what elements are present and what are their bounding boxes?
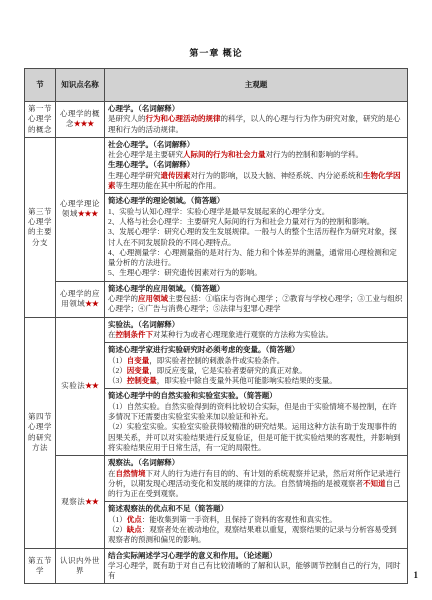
text-segment: ：能收集到第一手资料，且保持了资料的客观性和真实性。 <box>142 515 337 524</box>
header-question-col: 主观题 <box>105 69 408 102</box>
text-line: 学习心理学，既有助于对自己有比较清晰的了解和认识，能够调节控制自己的行为，同时有 <box>108 561 404 582</box>
text-segment: 结合实际阐述学习心理学的意义和作用。（论述题） <box>108 551 277 560</box>
text-segment: ，即反应变量，它是实验者要研究的真正对象。 <box>149 366 307 375</box>
text-line: 简述心理学家进行实验研究时必须考虑的变量。（简答题） <box>108 345 404 355</box>
text-line: （1）优点：能收集到第一手资料，且保持了资料的客观性和真实性。 <box>108 515 404 525</box>
highlighted-text: 自变量 <box>127 356 150 365</box>
highlighted-text: 缺点 <box>127 525 142 534</box>
highlighted-text: 行为和心理活动的规律 <box>146 114 221 123</box>
text-segment: （1） <box>108 515 127 524</box>
knowledge-point-cell: 心理学的应用领域★★ <box>56 281 105 317</box>
importance-stars: ★★★ <box>78 209 98 218</box>
text-line: 生理心理学研究遗传因素对行为的影响，以及大脑、神经系统、内分泌系统和生物化学因素… <box>108 171 404 192</box>
highlighted-text: 控制变量 <box>127 376 157 385</box>
page-number: 1 <box>414 570 419 580</box>
text-segment: 简述观察法的优点和不足（简答题） <box>108 504 228 513</box>
text-line: 4、心理测量学：心理测量指的是对行为、能力和个体差异的测量，通常用心理检测和定量… <box>108 248 404 269</box>
text-segment: 简述心理学中的自然实验和实验室实验。（简答题） <box>108 391 277 400</box>
content-cell: 简述观察法的优点和不足（简答题）（1）优点：能收集到第一手资料，且保持了资料的客… <box>105 502 408 548</box>
importance-stars: ★★ <box>85 299 98 308</box>
text-line: 结合实际阐述学习心理学的意义和作用。（论述题） <box>108 551 404 561</box>
table-row: 第五节学 认识内外世界 结合实际阐述学习心理学的意义和作用。（论述题）学习心理学… <box>25 548 408 584</box>
importance-stars: ★★★ <box>74 119 94 128</box>
knowledge-point-name: 认识内外世界 <box>60 556 100 575</box>
text-segment: 生理心理学研究 <box>108 171 161 180</box>
text-segment: （2） <box>108 525 127 534</box>
header-knowledge-col: 知识点名称 <box>56 69 105 102</box>
text-line: 5、生理心理学：研究遗传因素对行为的影响。 <box>108 268 404 278</box>
text-line: （1）自然实验。自然实验得到的资料比较切合实际，但是由于实验情境不易控制，在许多… <box>108 402 404 423</box>
text-segment: 5、生理心理学：研究遗传因素对行为的影响。 <box>108 268 262 277</box>
highlighted-text: 因变量 <box>127 366 150 375</box>
chapter-title: 第一章 概论 <box>0 46 432 59</box>
knowledge-point-cell: 心理学理论领域★★★ <box>56 137 105 281</box>
text-segment: 1、实验与认知心理学：实验心理学是最早发展起来的心理学分支。 <box>108 207 329 216</box>
text-line: 社会心理学是主要研究人际间的行为和社会力量对行为的控制和影响的学科。 <box>108 150 404 160</box>
text-segment: （3） <box>108 376 127 385</box>
text-segment: 实验法。（名词解释） <box>108 320 179 329</box>
text-line: 2、人格与社会心理学：主要研究人际间的行为和社会力量对行为的控制和影响。 <box>108 217 404 227</box>
content-cell: 社会心理学。（名词解释）社会心理学是主要研究人际间的行为和社会力量对行为的控制和… <box>105 137 408 193</box>
document-page: 第一章 概论 节 知识点名称 主观题 第一节心理学的概念 心理学的概念★★★ 心… <box>0 0 432 600</box>
content-cell: 简述心理学的应用领域。（简答题）心理学的应用领域主要包括：①临床与咨询心理学 ；… <box>105 281 408 317</box>
text-segment: 对某种行为或者心理现象进行观察的方法称为实验法。 <box>153 330 333 339</box>
table-header-row: 节 知识点名称 主观题 <box>25 69 408 102</box>
text-line: 实验法。（名词解释） <box>108 320 404 330</box>
content-cell: 简述心理学中的自然实验和实验室实验。（简答题）（1）自然实验。自然实验得到的资料… <box>105 389 408 456</box>
text-segment: 社会心理学是主要研究 <box>108 150 183 159</box>
importance-stars: ★★ <box>85 381 98 390</box>
text-line: 心理学。（名词解释） <box>108 104 404 114</box>
text-segment: 是研究人的 <box>108 114 146 123</box>
highlighted-text: 控制条件下 <box>116 330 154 339</box>
text-segment: 2、人格与社会心理学：主要研究人际间的行为和社会力量对行为的控制和影响。 <box>108 217 374 226</box>
content-cell: 简述心理学的理论领域。（简答题）1、实验与认知心理学：实验心理学是最早发展起来的… <box>105 194 408 281</box>
text-line: （3）控制变量，即实验中除自变量外其他可能影响实验结果的变量。 <box>108 376 404 386</box>
text-segment: 在 <box>108 469 116 478</box>
text-segment: 简述心理学家进行实验研究时必须考虑的变量。（简答题） <box>108 345 299 354</box>
text-segment: 学习心理学，既有助于对自己有比较清晰的了解和认识，能够调节控制自己的行为，同时有 <box>108 561 401 580</box>
text-segment: （1） <box>108 356 127 365</box>
knowledge-point-name: 实验法 <box>61 381 85 390</box>
text-line: （1）自变量，即实验者控制的刺激条件或实验条件。 <box>108 356 404 366</box>
text-line: 是研究人的行为和心理活动的规律的科学，以人的心理与行为作为研究对象，研究的是心理… <box>108 114 404 135</box>
text-segment: 3、发展心理学：研究心理的发生发展规律。一般与人的整个生活历程作为研究对象，探讨… <box>108 227 397 246</box>
highlighted-text: 应用领域 <box>138 294 168 303</box>
knowledge-point-cell: 心理学的概念★★★ <box>56 102 105 138</box>
table-row: 心理学的应用领域★★ 简述心理学的应用领域。（简答题）心理学的应用领域主要包括：… <box>25 281 408 317</box>
knowledge-point-name: 观察法 <box>61 497 85 506</box>
text-segment: 对行为的影响，以及大脑、神经系统、内分泌系统和 <box>191 171 364 180</box>
table-row: 第三节心理学的主要分支 心理学理论领域★★★ 社会心理学。（名词解释）社会心理学… <box>25 137 408 193</box>
content-cell: 心理学。（名词解释）是研究人的行为和心理活动的规律的科学，以人的心理与行为作为研… <box>105 102 408 138</box>
text-line: 在控制条件下对某种行为或者心理现象进行观察的方法称为实验法。 <box>108 330 404 340</box>
knowledge-point-cell: 观察法★★ <box>56 456 105 548</box>
knowledge-point-cell: 认识内外世界 <box>56 548 105 584</box>
section-cell-1: 第一节心理学的概念 <box>25 102 56 138</box>
text-segment: 心理学。（名词解释） <box>108 104 179 113</box>
text-segment: 等生理功能在其中所起的作用。 <box>116 181 221 190</box>
text-line: 心理学的应用领域主要包括：①临床与咨询心理学 ；②教育与学校心理学；③工业与组织… <box>108 294 404 315</box>
table-row: 第四节心理学的研究方法 实验法★★ 实验法。（名词解释）在控制条件下对某种行为或… <box>25 317 408 343</box>
content-cell: 实验法。（名词解释）在控制条件下对某种行为或者心理现象进行观察的方法称为实验法。 <box>105 317 408 343</box>
content-cell: 简述心理学家进行实验研究时必须考虑的变量。（简答题）（1）自变量，即实验者控制的… <box>105 343 408 389</box>
highlighted-text: 人际间的行为和社会力量 <box>183 150 266 159</box>
text-segment: （2）实验室实验。实验室实验获得较精准的研究结果。运用这种方法有助于发现事件的因… <box>108 422 401 452</box>
highlighted-text: 不知道 <box>363 479 386 488</box>
text-segment: 对行为的控制和影响的学科。 <box>266 150 364 159</box>
table-row: 第一节心理学的概念 心理学的概念★★★ 心理学。（名词解释）是研究人的行为和心理… <box>25 102 408 138</box>
text-line: 社会心理学。（名词解释） <box>108 140 404 150</box>
text-line: （2）因变量，即反应变量，它是实验者要研究的真正对象。 <box>108 366 404 376</box>
header-section-col: 节 <box>25 69 56 102</box>
text-line: 简述心理学中的自然实验和实验室实验。（简答题） <box>108 391 404 401</box>
text-line: 观察法。（名词解释） <box>108 458 404 468</box>
highlighted-text: 优点 <box>127 515 142 524</box>
importance-stars: ★★ <box>85 497 98 506</box>
text-segment: 观察法。（名词解释） <box>108 458 179 467</box>
knowledge-point-cell: 实验法★★ <box>56 317 105 456</box>
text-segment: 心理学的 <box>108 294 138 303</box>
highlighted-text: 遗传因素 <box>161 171 191 180</box>
text-segment: ，即实验中除自变量外其他可能影响实验结果的变量。 <box>157 376 337 385</box>
text-segment: （1）自然实验。自然实验得到的资料比较切合实际，但是由于实验情境不易控制，在许多… <box>108 402 397 421</box>
text-line: 在自然情境下对人的行为进行有目的的、有计划的系统观察并记录，然后对所作记录进行分… <box>108 469 404 500</box>
text-line: 生理心理学。（名词解释） <box>108 160 404 170</box>
highlighted-text: 自然情境 <box>116 469 146 478</box>
text-line: 3、发展心理学：研究心理的发生发展规律。一般与人的整个生活历程作为研究对象，探讨… <box>108 227 404 248</box>
text-line: 简述观察法的优点和不足（简答题） <box>108 504 404 514</box>
content-cell: 观察法。（名词解释）在自然情境下对人的行为进行有目的的、有计划的系统观察并记录，… <box>105 456 408 502</box>
section-cell-3: 第三节心理学的主要分支 <box>25 137 56 317</box>
text-line: 简述心理学的理论领域。（简答题） <box>108 196 404 206</box>
section-cell-5: 第五节学 <box>25 548 56 584</box>
text-segment: （2） <box>108 366 127 375</box>
section-cell-4: 第四节心理学的研究方法 <box>25 317 56 548</box>
text-line: 简述心理学的应用领域。（简答题） <box>108 284 404 294</box>
text-segment: 下对人的行为进行有目的的、有计划的系统观察并记录，然后对所作记录进行分析，以期发… <box>108 469 401 488</box>
text-segment: 简述心理学的理论领域。（简答题） <box>108 196 224 205</box>
content-cell: 结合实际阐述学习心理学的意义和作用。（论述题）学习心理学，既有助于对自己有比较清… <box>105 548 408 584</box>
text-line: （2）缺点：观察者处在被动地位，观察结果难以重复，观察结果的记录与分析容易受到观… <box>108 525 404 546</box>
text-segment: 4、心理测量学：心理测量指的是对行为、能力和个体差异的测量，通常用心理检测和定量… <box>108 248 397 267</box>
knowledge-table: 节 知识点名称 主观题 第一节心理学的概念 心理学的概念★★★ 心理学。（名词解… <box>24 68 408 584</box>
text-segment: ，即实验者控制的刺激条件或实验条件。 <box>149 356 284 365</box>
text-segment: ：观察者处在被动地位，观察结果难以重复，观察结果的记录与分析容易受到观察者的预测… <box>108 525 397 544</box>
table-row: 观察法★★ 观察法。（名词解释）在自然情境下对人的行为进行有目的的、有计划的系统… <box>25 456 408 502</box>
text-segment: 社会心理学。（名词解释） <box>108 140 194 149</box>
text-line: 1、实验与认知心理学：实验心理学是最早发展起来的心理学分支。 <box>108 207 404 217</box>
text-segment: 生理心理学。（名词解释） <box>108 160 194 169</box>
text-line: （2）实验室实验。实验室实验获得较精准的研究结果。运用这种方法有助于发现事件的因… <box>108 422 404 453</box>
text-segment: 在 <box>108 330 116 339</box>
text-segment: 简述心理学的应用领域。（简答题） <box>108 284 224 293</box>
